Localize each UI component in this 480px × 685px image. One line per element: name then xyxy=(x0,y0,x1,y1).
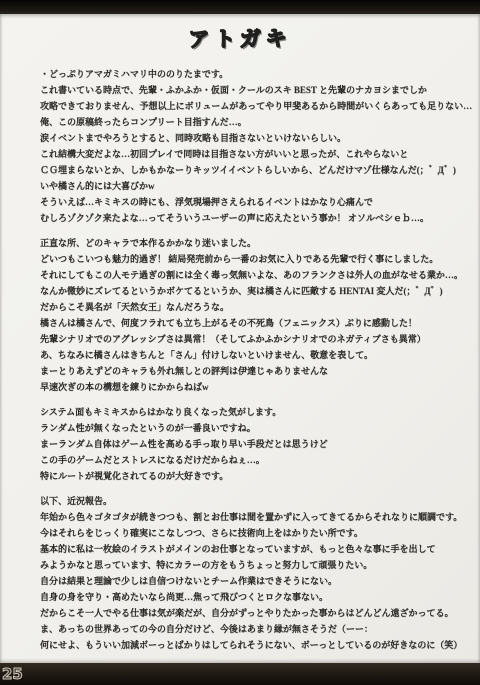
text-line: これ結構大変だよな…初回プレイで同時は目指さない方がいいと思ったが、これやらない… xyxy=(40,146,450,162)
text-line: 涙イベントまでやろうとすると、同時攻略も目指さないといけないらしい。 xyxy=(40,130,450,146)
paragraph-intro: ・どっぷりアマガミハマリ中ののりたまです。 これ書いている時点で、先輩・ふかふか… xyxy=(40,66,450,226)
text-line: なんか微妙にズレてるというかボケてるというか、実は橘さんに匹敵する HENTAI… xyxy=(40,283,450,299)
text-line: この手のゲームだとストレスになるだけだからねぇ…。 xyxy=(40,452,450,468)
afterword-page: アトガキ ・どっぷりアマガミハマリ中ののりたまです。 これ書いている時点で、先輩… xyxy=(0,14,480,663)
text-line: そういえば…キミキスの時にも、浮気現場押さえられるイベントはかなり心痛んで xyxy=(40,194,450,210)
text-line: 攻略できておりません、予想以上にボリュームがあってやり甲斐あるから時間がいくらあ… xyxy=(40,98,450,114)
text-line: それにしてもこの人モテ過ぎの割には全く毒っ気無いよな、あのフランクさは外人の血が… xyxy=(40,267,450,283)
afterword-body: ・どっぷりアマガミハマリ中ののりたまです。 これ書いている時点で、先輩・ふかふか… xyxy=(0,53,480,678)
text-line: システム面もキミキスからはかなり良くなった気がします。 xyxy=(40,404,450,420)
text-line: まーとりあえずどのキャラも外れ無しとの評判は伊達じゃありませんな xyxy=(40,363,450,379)
text-line: あ、ちなみに橘さんはきちんと「さん」付けしないといけません、敬意を表して。 xyxy=(40,347,450,363)
text-line: 基本的に私は一枚絵のイラストがメインのお仕事となっていますが、もっと色々な事に手… xyxy=(40,541,450,557)
text-line: 俺、この原稿終ったらコンプリート目指すんだ…。 xyxy=(40,114,450,130)
text-line: ＣＧ埋まらないとか、しかもかなーりキッツイイベントらしいから、どんだけマゾ仕様な… xyxy=(40,162,450,178)
text-line: 先輩シナリオでのアグレッシブさは異常！（そしてふかふかシナリオでのネガティブさも… xyxy=(40,331,450,347)
text-line: 以下、近況報告。 xyxy=(40,493,450,509)
text-line: 正直な所、どのキャラで本作るかかなり迷いました。 xyxy=(40,235,450,251)
page-number: 25 xyxy=(2,665,23,683)
text-line: ランダム性が無くなったというのが一番良いですね。 xyxy=(40,420,450,436)
paragraph-status-report: 以下、近況報告。 年始から色々ゴタゴタが続きつつも、割とお仕事は間を置かずに入っ… xyxy=(40,493,450,653)
text-line: 早速次ぎの本の構想を練りにかからねばw xyxy=(40,379,450,395)
paragraph-system: システム面もキミキスからはかなり良くなった気がします。 ランダム性が無くなったと… xyxy=(40,404,450,484)
text-line: まーランダム自体はゲーム性を高める手っ取り早い手段だとは思うけど xyxy=(40,436,450,452)
text-line: だからこそ一人でやる仕事は気が楽だが、自分がずっとやりたかった事からはどんどん遠… xyxy=(40,605,450,621)
text-line: 何にせよ、もういい加減ボーっとばかりはしてられそうにない、ボーっとしているのが好… xyxy=(40,637,450,653)
text-line: 年始から色々ゴタゴタが続きつつも、割とお仕事は間を置かずに入ってきてるからそれな… xyxy=(40,509,450,525)
text-line: 橘さんは橘さんで、何度フラれても立ち上がるその不死鳥（フェニックス）ぶりに感動し… xyxy=(40,315,450,331)
text-line: 自身の身を守り・高めたいなら尚更…焦って飛びつくとロクな事ない。 xyxy=(40,589,450,605)
page-title: アトガキ xyxy=(0,11,480,55)
text-line: 特にルートが視覚化されてるのが大好きです。 xyxy=(40,468,450,484)
text-line: 自分は結果と理論で少しは自信つけないとチーム作業はできそうにない。 xyxy=(40,573,450,589)
paragraph-characters: 正直な所、どのキャラで本作るかかなり迷いました。 どいつもこいつも魅力的過ぎ！ … xyxy=(40,235,450,395)
text-line: いや橘さん的には大喜びかw xyxy=(40,178,450,194)
text-line: これ書いている時点で、先輩・ふかふか・仮面・クールのスキ BEST と先輩のナカ… xyxy=(40,82,450,98)
text-line: 今はそれらをじっくり確実にこなしつつ、さらに技術向上をはかりたい所です。 xyxy=(40,525,450,541)
text-line: だからこそ異名が「天然女王」なんだろうな。 xyxy=(40,299,450,315)
text-line: どいつもこいつも魅力的過ぎ！ 結局発売前から一番のお気に入りである先輩で行く事に… xyxy=(40,251,450,267)
text-line: ・どっぷりアマガミハマリ中ののりたまです。 xyxy=(40,66,450,82)
text-line: ま、あっちの世界あっての今の自分だけど、今後はあまり縁が無さそうだ（ーー： xyxy=(40,621,450,637)
text-line: みようかなと思っています、特にカラーの方をもうちょっと努力して頑張りたい。 xyxy=(40,557,450,573)
text-line: むしろゾクゾク来たよな…ってそういうユーザーの声に応えたという事か！ オソルベシ… xyxy=(40,210,450,226)
scan-edge-bottom: 25 xyxy=(0,663,480,685)
